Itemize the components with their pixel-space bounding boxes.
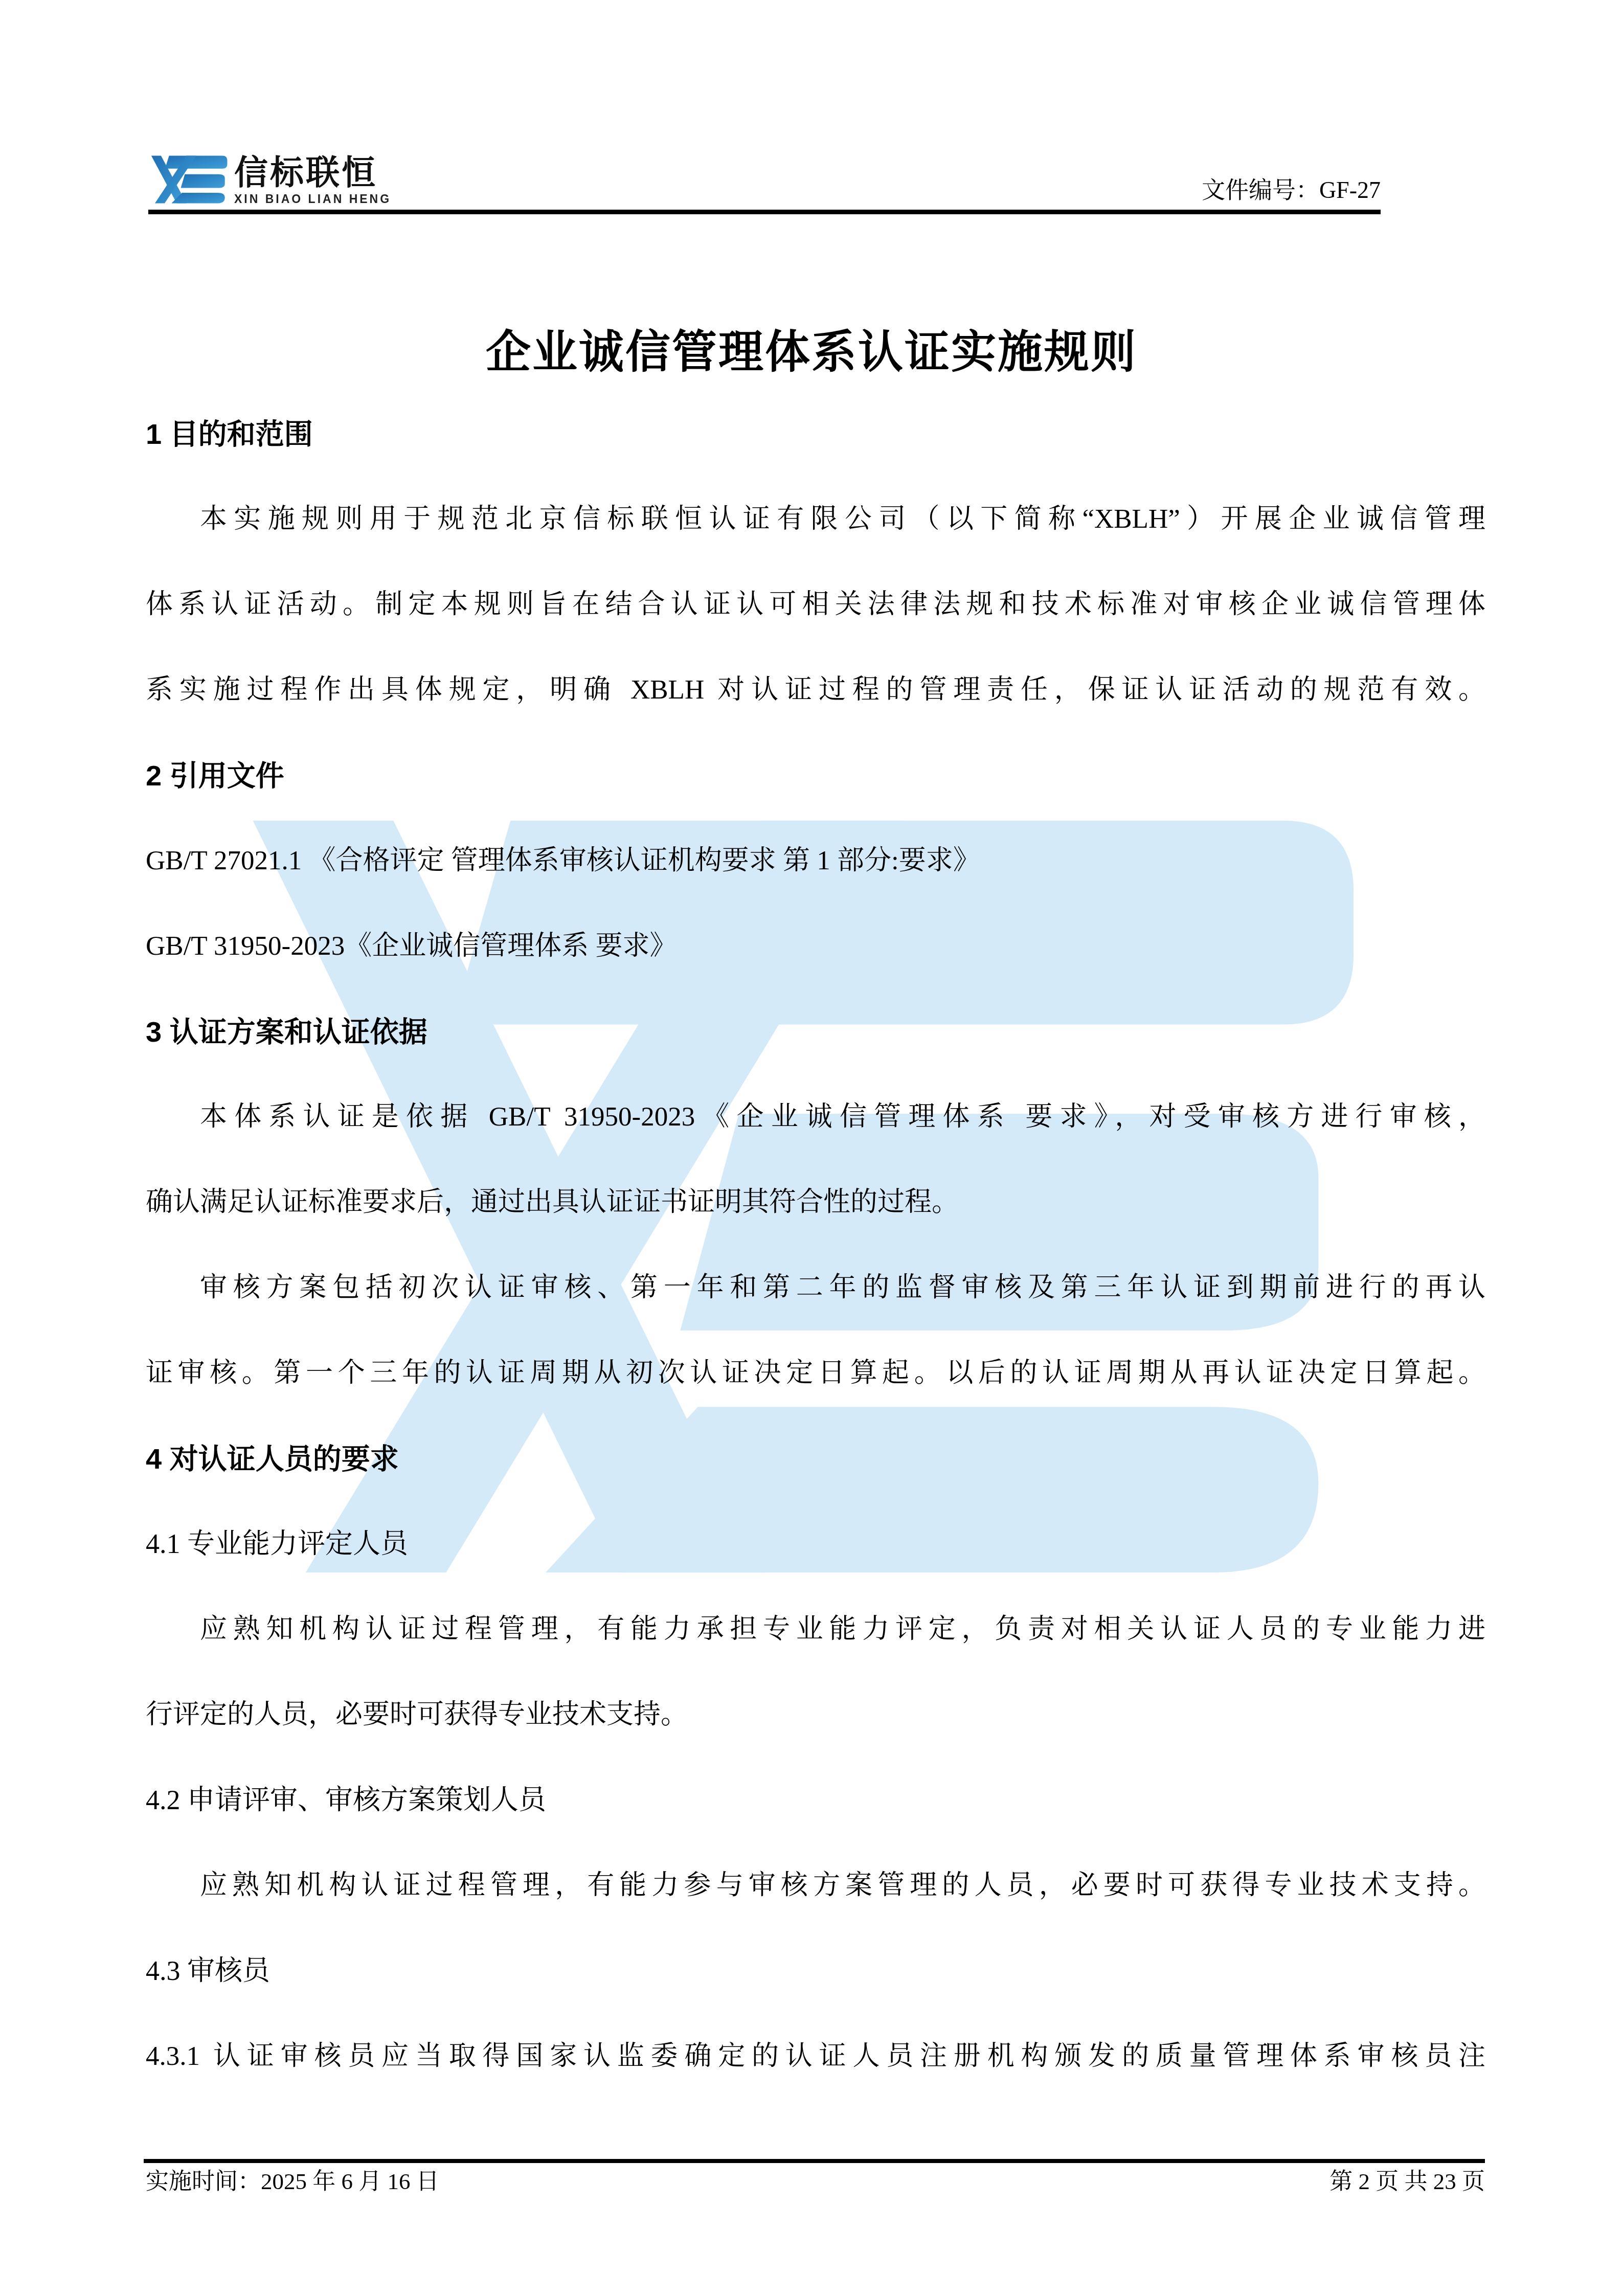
text-line-7: GB/T 31950-2023《企业诚信管理体系 要求》 bbox=[146, 904, 1485, 989]
company-logo: 信标联恒 XIN BIAO LIAN HENG bbox=[147, 152, 391, 207]
text-line-6: GB/T 27021.1 《合格评定 管理体系审核认证机构要求 第 1 部分:要… bbox=[146, 818, 1485, 904]
xb-logo-icon bbox=[147, 152, 228, 207]
document-number: 文件编号：GF-27 bbox=[1202, 177, 1381, 204]
logo-text: 信标联恒 XIN BIAO LIAN HENG bbox=[234, 152, 391, 206]
logo-chinese-name: 信标联恒 bbox=[234, 152, 391, 192]
header-divider bbox=[148, 210, 1381, 214]
text-line-4: 系实施过程作出具体规定，明确 XBLH 对认证过程的管理责任，保证认证活动的规范… bbox=[146, 647, 1485, 733]
footer-divider bbox=[144, 2159, 1485, 2163]
text-line-9: 本体系认证是依据 GB/T 31950-2023《企业诚信管理体系 要求》，对受… bbox=[146, 1074, 1485, 1160]
text-line-5: 2 引用文件 bbox=[146, 733, 1485, 818]
text-line-13: 4 对认证人员的要求 bbox=[146, 1416, 1485, 1501]
text-line-20: 4.3.1 认证审核员应当取得国家认监委确定的认证人员注册机构颁发的质量管理体系… bbox=[146, 2014, 1485, 2099]
logo-latin-name: XIN BIAO LIAN HENG bbox=[234, 192, 391, 206]
text-line-18: 应熟知机构认证过程管理，有能力参与审核方案管理的人员，必要时可获得专业技术支持。 bbox=[146, 1843, 1485, 1928]
text-line-14: 4.1 专业能力评定人员 bbox=[146, 1501, 1485, 1587]
text-line-1: 1 目的和范围 bbox=[146, 391, 1485, 477]
text-line-11: 审核方案包括初次认证审核、第一年和第二年的监督审核及第三年认证到期前进行的再认 bbox=[146, 1245, 1485, 1331]
text-line-8: 3 认证方案和认证依据 bbox=[146, 989, 1485, 1074]
text-line-16: 行评定的人员，必要时可获得专业技术支持。 bbox=[146, 1672, 1485, 1758]
implementation-date: 实施时间：2025 年 6 月 16 日 bbox=[146, 2167, 439, 2196]
text-line-15: 应熟知机构认证过程管理，有能力承担专业能力评定，负责对相关认证人员的专业能力进 bbox=[146, 1587, 1485, 1672]
page-title: 企业诚信管理体系认证实施规则 bbox=[0, 319, 1623, 387]
text-line-19: 4.3 审核员 bbox=[146, 1928, 1485, 2014]
page-number: 第 2 页 共 23 页 bbox=[1329, 2167, 1485, 2196]
text-line-3: 体系认证活动。制定本规则旨在结合认证认可相关法律法规和技术标准对审核企业诚信管理… bbox=[146, 562, 1485, 647]
text-line-10: 确认满足认证标准要求后，通过出具认证证书证明其符合性的过程。 bbox=[146, 1160, 1485, 1245]
document-page: 信标联恒 XIN BIAO LIAN HENG 文件编号：GF-27 企业诚信管… bbox=[0, 0, 1623, 2296]
text-line-12: 证审核。第一个三年的认证周期从初次认证决定日算起。以后的认证周期从再认证决定日算… bbox=[146, 1331, 1485, 1416]
text-line-17: 4.2 申请评审、审核方案策划人员 bbox=[146, 1758, 1485, 1843]
text-line-2: 本实施规则用于规范北京信标联恒认证有限公司（以下简称“XBLH”）开展企业诚信管… bbox=[146, 477, 1485, 562]
document-body: 1 目的和范围本实施规则用于规范北京信标联恒认证有限公司（以下简称“XBLH”）… bbox=[146, 391, 1485, 2099]
